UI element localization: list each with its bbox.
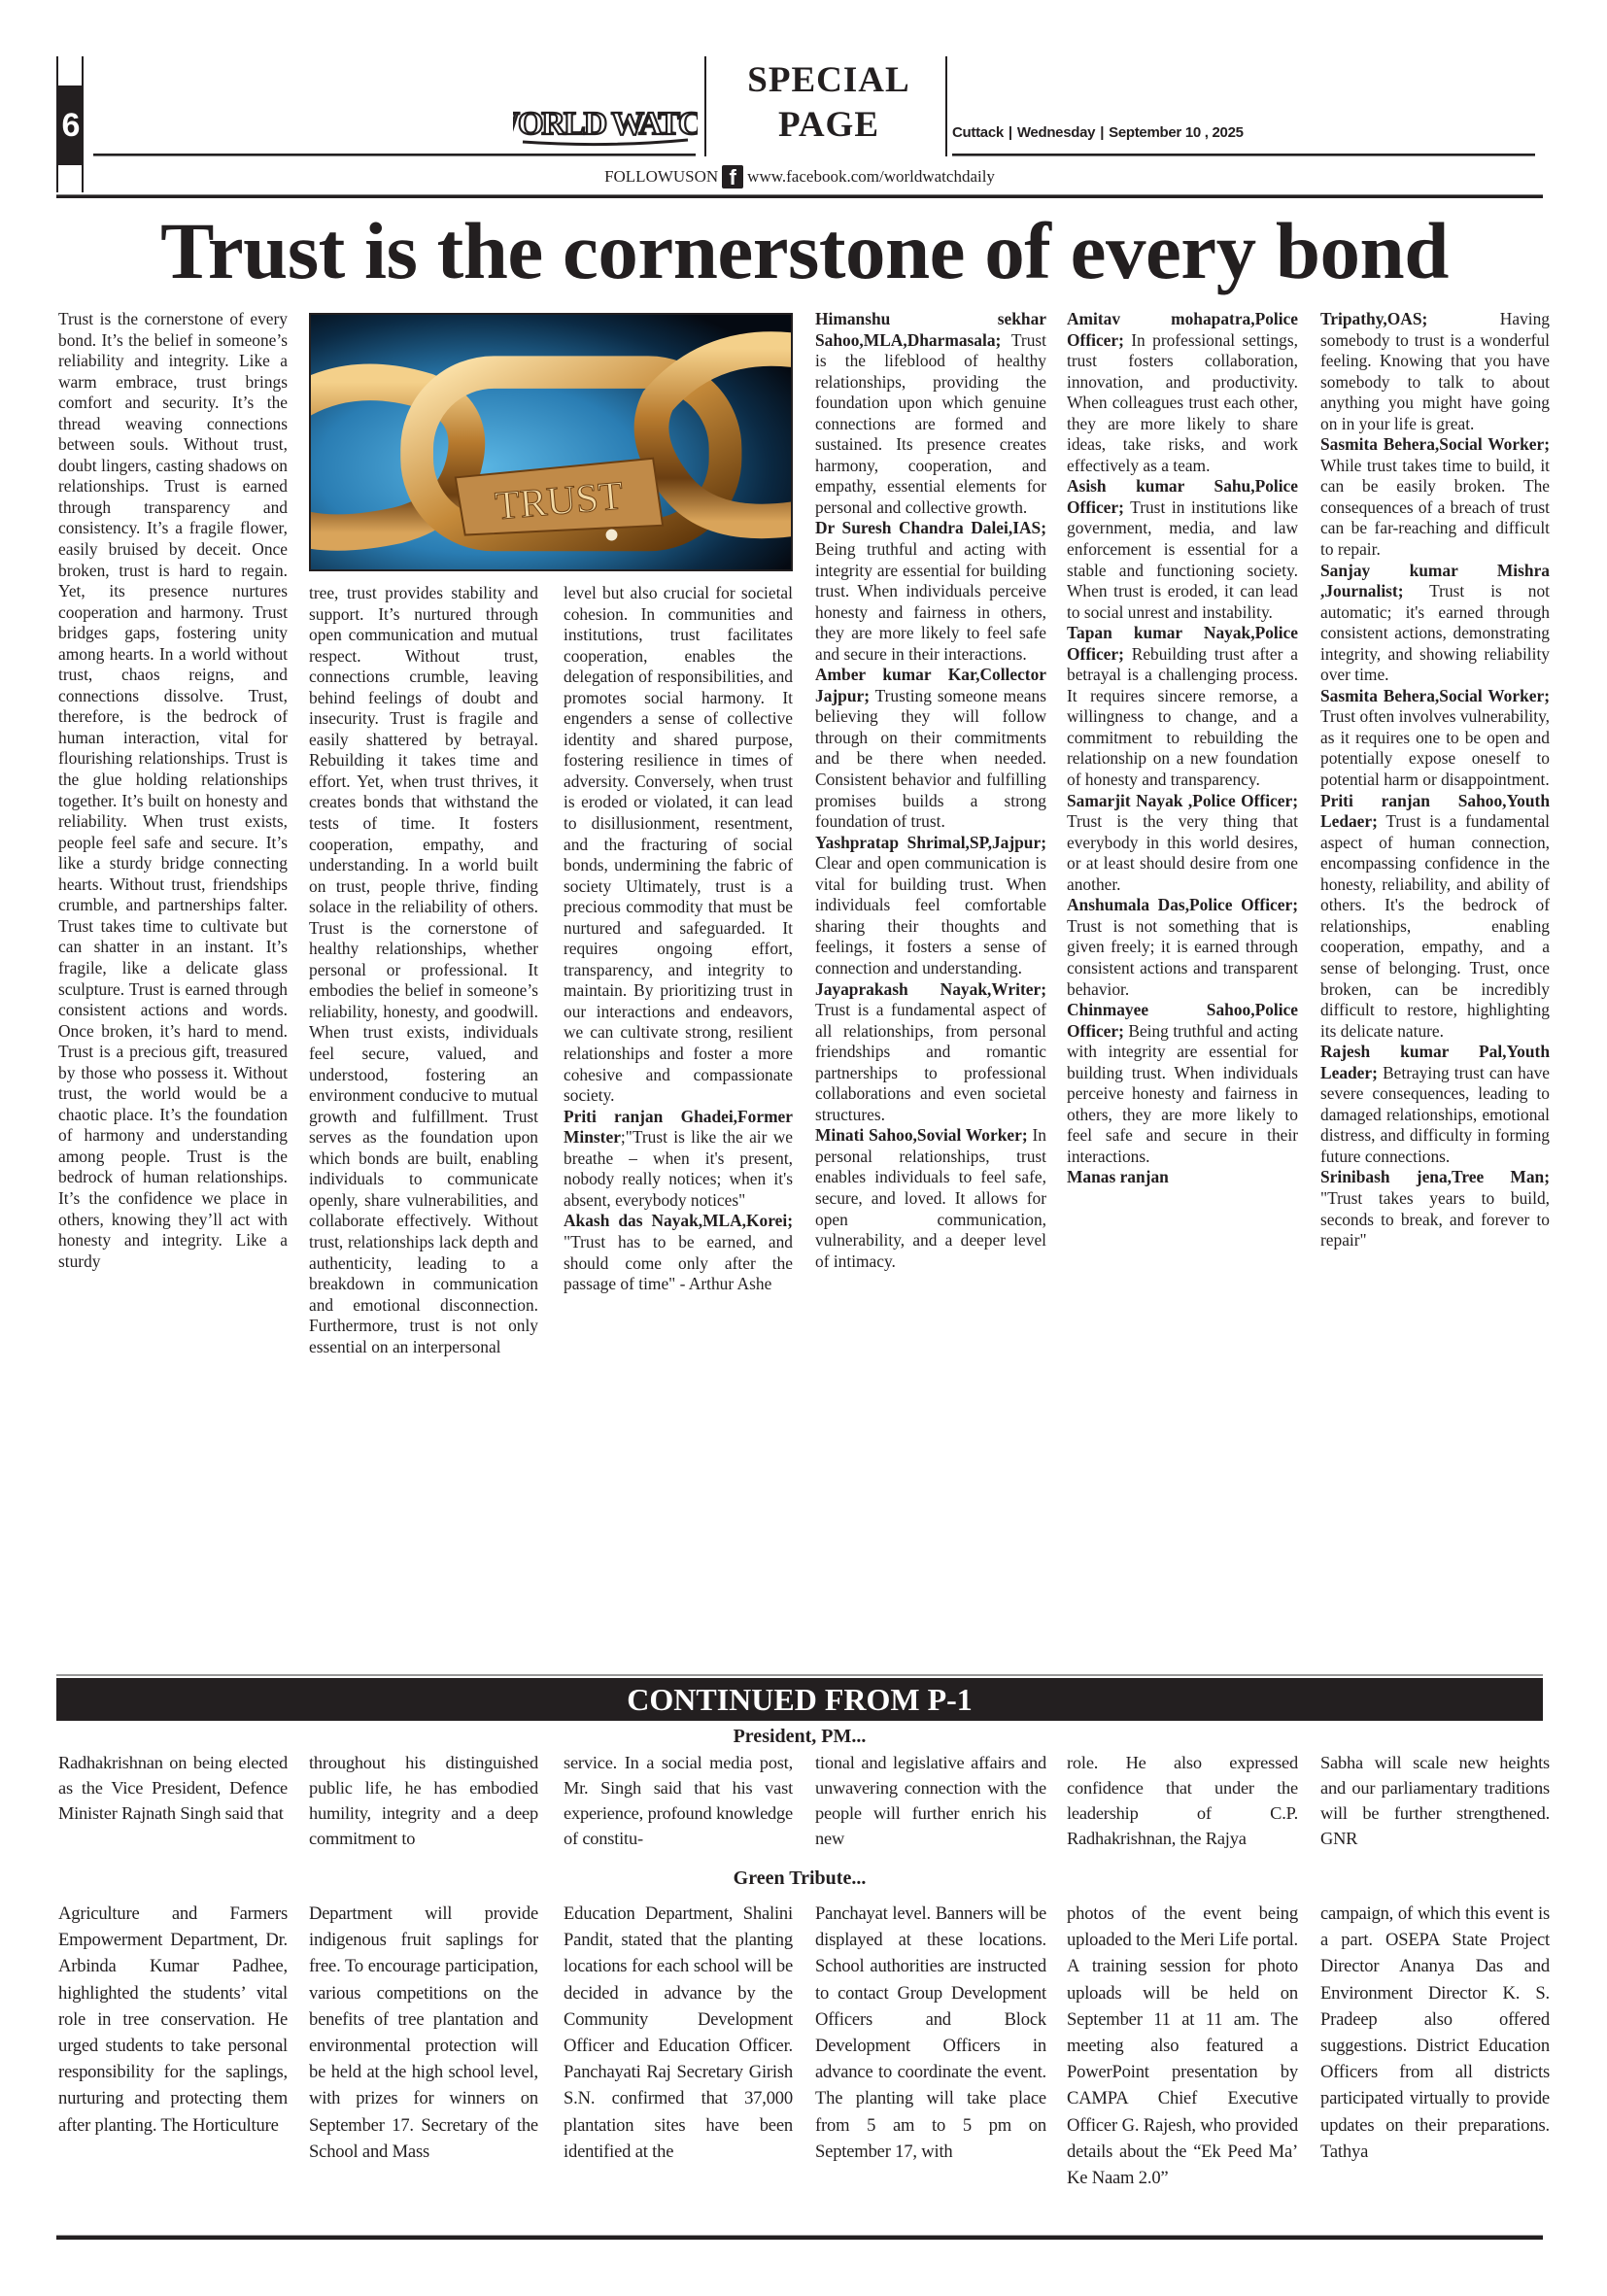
president-pm-heading: President, PM... — [56, 1724, 1543, 1749]
section-title-line2: PAGE — [717, 103, 940, 148]
quote-author: Dr Suresh Chandra Dalei,IAS; — [815, 518, 1046, 537]
logo-wordmark-icon: WORLD WATCH — [513, 86, 698, 154]
world-watch-logo[interactable]: WORLD WATCH — [513, 86, 698, 154]
quote-item: Manas ranjan — [1067, 1167, 1298, 1188]
article-column-4: Himanshu sekhar Sahoo,MLA,Dharmasala; Tr… — [815, 309, 1046, 1272]
article-headline: Trust is the cornerstone of every bond — [56, 204, 1553, 297]
green-tribute-column-1: Agriculture and Farmers Empowerment Depa… — [58, 1901, 288, 2221]
article-column-5: Amitav mohapatra,Police Officer; In prof… — [1067, 309, 1298, 1188]
quote-text: Trust is a fundamental aspect of human c… — [1320, 811, 1550, 1040]
article-column-1: Trust is the cornerstone of every bond. … — [58, 309, 288, 1272]
president-pm-column-4: tional and legislative affairs and unwav… — [815, 1751, 1046, 1858]
follow-label: FOLLOWUSON — [604, 167, 718, 187]
president-pm-column-5: role. He also expressed confidence that … — [1067, 1751, 1298, 1858]
green-tribute-column-4: Panchayat level. Banners will be display… — [815, 1901, 1046, 2221]
article-column-3: level but also crucial for societal cohe… — [564, 583, 793, 1295]
separator: | — [1004, 124, 1017, 141]
president-pm-column-3: service. In a social media post, Mr. Sin… — [564, 1751, 793, 1858]
chain-links-icon: TRUST — [311, 315, 791, 569]
quote-item: Tapan kumar Nayak,Police Officer; Rebuil… — [1067, 623, 1298, 790]
quote-item: Asish kumar Sahu,Police Officer; Trust i… — [1067, 476, 1298, 623]
section-title-line1: SPECIAL — [717, 58, 940, 103]
quote-text: Clear and open communication is vital fo… — [815, 853, 1046, 977]
quote-item: Sasmita Behera,Social Worker; Trust ofte… — [1320, 686, 1550, 791]
green-tribute-heading: Green Tribute... — [56, 1866, 1543, 1891]
quote-item: Sasmita Behera,Social Worker; While trus… — [1320, 434, 1550, 560]
facebook-link[interactable]: www.facebook.com/worldwatchdaily — [747, 167, 995, 187]
section-title: SPECIAL PAGE — [717, 58, 940, 148]
quote-author-continued: Tripathy,OAS; — [1320, 309, 1427, 328]
dateline-date: September 10 , 2025 — [1109, 124, 1244, 141]
quote-text: Trust is a fundamental aspect of all rel… — [815, 1000, 1046, 1124]
quote-item: Samarjit Nayak ,Police Officer; Trust is… — [1067, 791, 1298, 896]
article-paragraph: level but also crucial for societal cohe… — [564, 583, 793, 1107]
separator: | — [1095, 124, 1109, 141]
page-number: 6 — [58, 86, 84, 165]
quote-text: Trust is the very thing that everybody i… — [1067, 811, 1298, 894]
divider — [704, 56, 706, 156]
green-tribute-column-6: campaign, of which this event is a part.… — [1320, 1901, 1550, 2221]
quote-item: Minati Sahoo,Sovial Worker; In personal … — [815, 1125, 1046, 1272]
quote-text: Being truthful and acting with integrity… — [815, 539, 1046, 664]
article-paragraph: tree, trust provides stability and suppo… — [309, 583, 538, 1357]
quote-text: In personal relationships, trust enables… — [815, 1125, 1046, 1270]
quote-item: Chinmayee Sahoo,Police Officer; Being tr… — [1067, 1000, 1298, 1167]
dateline-city: Cuttack — [952, 124, 1004, 141]
quote-item: Sanjay kumar Mishra ,Journalist; Trust i… — [1320, 561, 1550, 686]
quote-item: Priti ranjan Sahoo,Youth Ledaer; Trust i… — [1320, 791, 1550, 1043]
article-paragraph: Trust is the cornerstone of every bond. … — [58, 309, 288, 1272]
quote-item: Tripathy,OAS; Having somebody to trust i… — [1320, 309, 1550, 434]
continued-banner: CONTINUED FROM P-1 — [56, 1678, 1543, 1721]
quote-author: Samarjit Nayak ,Police Officer; — [1067, 791, 1298, 810]
quote-author: Manas ranjan — [1067, 1167, 1169, 1186]
quote-author: Minati Sahoo,Sovial Worker; — [815, 1125, 1028, 1145]
quote-author: Yashpratap Shrimal,SP,Jajpur; — [815, 833, 1046, 852]
masthead-rule — [93, 154, 696, 156]
green-tribute-column-2: Department will provide indigenous fruit… — [309, 1901, 538, 2221]
quote-item: Himanshu sekhar Sahoo,MLA,Dharmasala; Tr… — [815, 309, 1046, 518]
quote-text: Rebuilding trust after a betrayal is a c… — [1067, 644, 1298, 789]
quote-item: Anshumala Das,Police Officer; Trust is n… — [1067, 895, 1298, 1000]
quote-item: Akash das Nayak,MLA,Korei; "Trust has to… — [564, 1211, 793, 1294]
divider — [945, 56, 947, 156]
dateline: Cuttack|Wednesday|September 10 , 2025 — [952, 124, 1244, 141]
quote-text: "Trust takes years to build, seconds to … — [1320, 1188, 1550, 1250]
quote-author: Anshumala Das,Police Officer; — [1067, 895, 1298, 914]
quote-item: Jayaprakash Nayak,Writer; Trust is a fun… — [815, 979, 1046, 1126]
masthead-rule — [952, 154, 1535, 156]
quote-text: Trusting someone means believing they wi… — [815, 686, 1046, 831]
quote-author: Sasmita Behera,Social Worker; — [1320, 434, 1550, 454]
quote-text: While trust takes time to build, it can … — [1320, 456, 1550, 559]
president-pm-column-1: Radhakrishnan on being elected as the Vi… — [58, 1751, 288, 1858]
quote-item: Rajesh kumar Pal,Youth Leader; Betraying… — [1320, 1042, 1550, 1167]
svg-text:WORLD WATCH: WORLD WATCH — [513, 106, 698, 142]
quote-item: Amber kumar Kar,Collector Jajpur; Trusti… — [815, 665, 1046, 832]
quote-item: Priti ranjan Ghadei,Former Minster;"Trus… — [564, 1107, 793, 1212]
quote-text: Trust often involves vulnerability, as i… — [1320, 706, 1550, 789]
article-column-2: tree, trust provides stability and suppo… — [309, 583, 538, 1357]
quote-author: Srinibash jena,Tree Man; — [1320, 1167, 1550, 1186]
quote-text: Trust is the lifeblood of healthy relati… — [815, 330, 1046, 517]
quote-text: "Trust has to be earned, and should come… — [564, 1232, 793, 1293]
facebook-icon[interactable]: f — [722, 165, 743, 188]
quote-author: Jayaprakash Nayak,Writer; — [815, 979, 1046, 999]
quote-author: Akash das Nayak,MLA,Korei; — [564, 1211, 793, 1230]
trust-chain-image: TRUST — [309, 313, 793, 571]
green-tribute-column-5: photos of the event being uploaded to th… — [1067, 1901, 1298, 2221]
quote-item: Amitav mohapatra,Police Officer; In prof… — [1067, 309, 1298, 476]
article-column-6: Tripathy,OAS; Having somebody to trust i… — [1320, 309, 1550, 1251]
president-pm-column-6: Sabha will scale new heights and our par… — [1320, 1751, 1550, 1858]
masthead: 6 WORLD WATCH SPECIAL PAGE Cuttack|Wedne… — [56, 56, 1543, 192]
quote-text: Being truthful and acting with integrity… — [1067, 1021, 1298, 1166]
header-rule — [56, 194, 1543, 198]
quote-item: Yashpratap Shrimal,SP,Jajpur; Clear and … — [815, 833, 1046, 979]
president-pm-column-2: throughout his distinguished public life… — [309, 1751, 538, 1858]
quote-text: In professional settings, trust fosters … — [1067, 330, 1298, 475]
quote-item: Srinibash jena,Tree Man; "Trust takes ye… — [1320, 1167, 1550, 1251]
quote-text: Trust is not something that is given fre… — [1067, 916, 1298, 999]
footer-rule — [56, 2235, 1543, 2240]
section-rule — [56, 1674, 1543, 1676]
quote-author: Sasmita Behera,Social Worker; — [1320, 686, 1550, 705]
green-tribute-column-3: Education Department, Shalini Pandit, st… — [564, 1901, 793, 2221]
dateline-day: Wednesday — [1017, 124, 1095, 141]
quote-item: Dr Suresh Chandra Dalei,IAS; Being truth… — [815, 518, 1046, 665]
follow-us-row: FOLLOWUSON f www.facebook.com/worldwatch… — [56, 165, 1543, 188]
